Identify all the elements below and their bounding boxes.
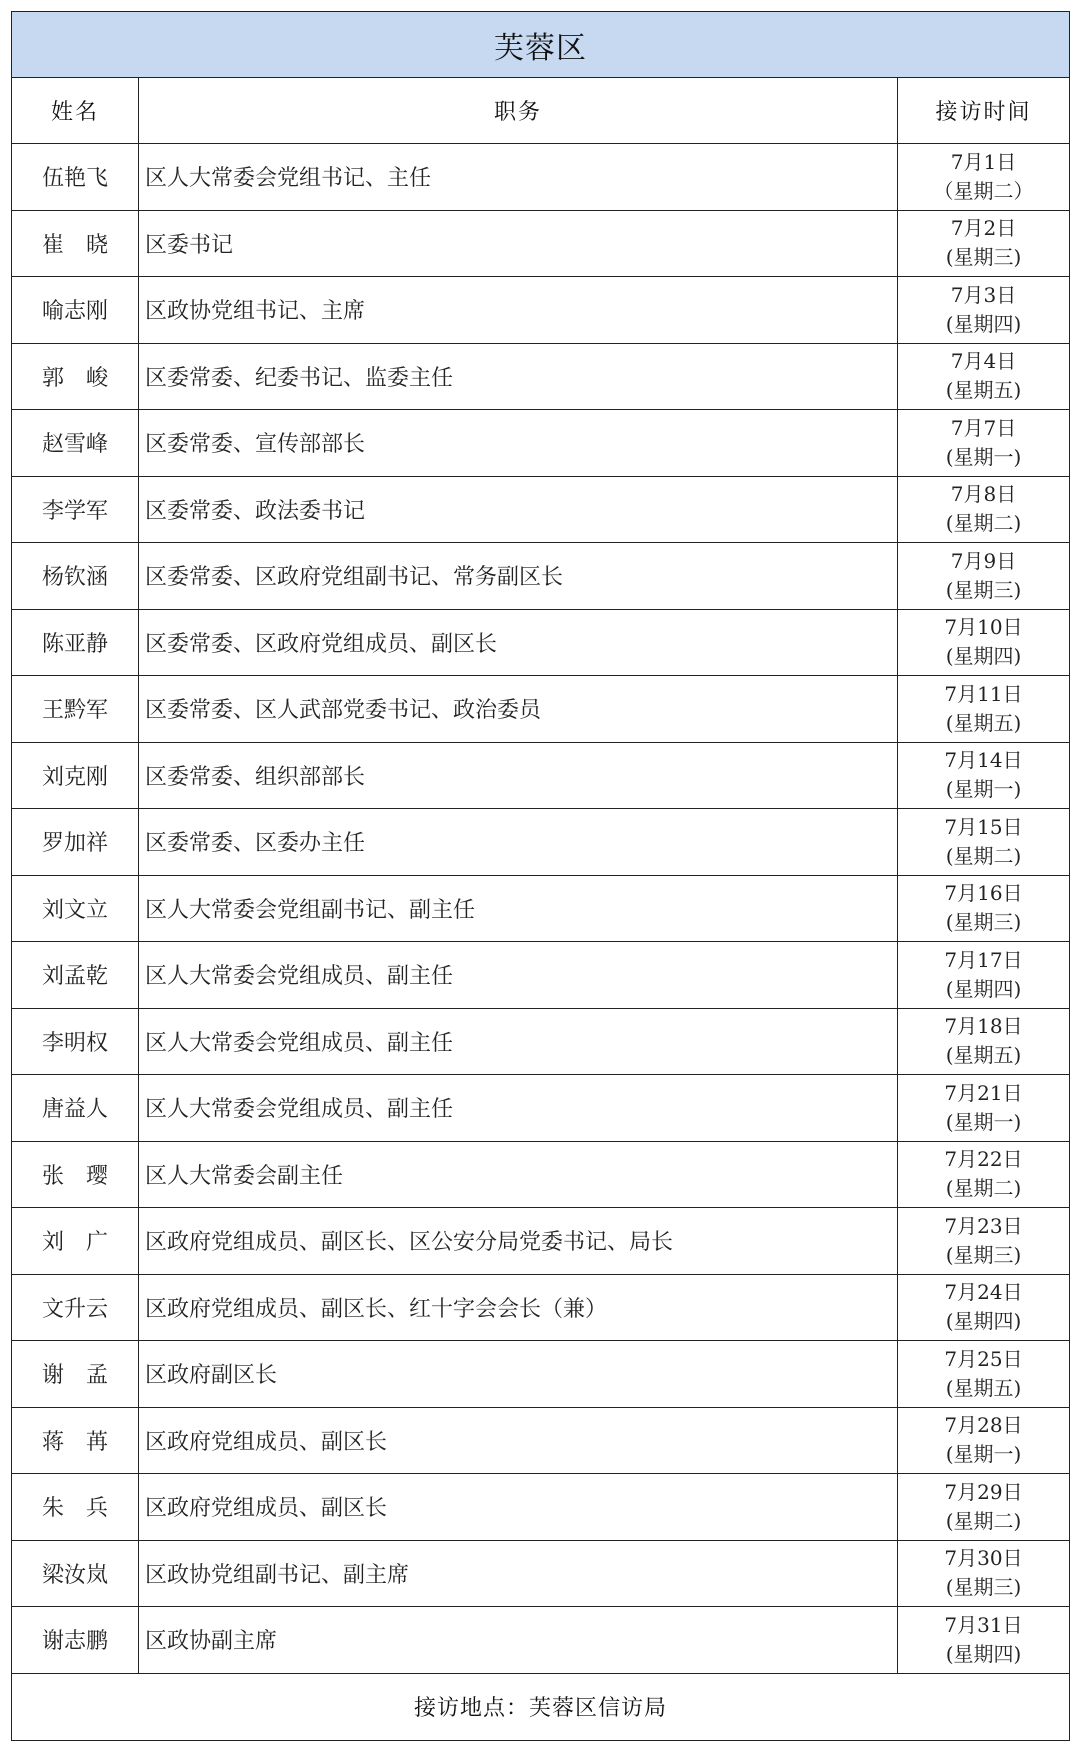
table-row: 刘 广 区政府党组成员、副区长、区公安分局党委书记、局长 7月23日 (星期三)	[12, 1208, 1070, 1275]
reception-time: 7月24日 (星期四)	[898, 1274, 1070, 1341]
table-row: 喻志刚 区政协党组书记、主席 7月3日 (星期四)	[12, 277, 1070, 344]
reception-time: 7月28日 (星期一)	[898, 1407, 1070, 1474]
reception-time: 7月21日 (星期一)	[898, 1075, 1070, 1142]
reception-weekday: (星期五)	[898, 1374, 1069, 1403]
reception-time: 7月10日 (星期四)	[898, 609, 1070, 676]
reception-time: 7月3日 (星期四)	[898, 277, 1070, 344]
official-position: 区人大常委会党组副书记、副主任	[139, 875, 898, 942]
official-name: 唐益人	[12, 1075, 139, 1142]
official-position: 区委常委、区人武部党委书记、政治委员	[139, 676, 898, 743]
reception-time: 7月7日 (星期一)	[898, 410, 1070, 477]
reception-date: 7月7日	[898, 414, 1069, 443]
reception-weekday: (星期三)	[898, 1573, 1069, 1602]
reception-weekday: (星期一)	[898, 1440, 1069, 1469]
reception-weekday: (星期二)	[898, 1174, 1069, 1203]
official-position: 区委常委、宣传部部长	[139, 410, 898, 477]
reception-date: 7月4日	[898, 347, 1069, 376]
column-header-name: 姓名	[12, 78, 139, 144]
official-name: 喻志刚	[12, 277, 139, 344]
reception-weekday: (星期一)	[898, 443, 1069, 472]
official-position: 区政府党组成员、副区长、区公安分局党委书记、局长	[139, 1208, 898, 1275]
reception-time: 7月14日 (星期一)	[898, 742, 1070, 809]
reception-weekday: (星期三)	[898, 1241, 1069, 1270]
official-position: 区委常委、纪委书记、监委主任	[139, 343, 898, 410]
table-row: 梁汝岚 区政协党组副书记、副主席 7月30日 (星期三)	[12, 1540, 1070, 1607]
reception-date: 7月22日	[898, 1145, 1069, 1174]
table-row: 杨钦涵 区委常委、区政府党组副书记、常务副区长 7月9日 (星期三)	[12, 543, 1070, 610]
table-row: 陈亚静 区委常委、区政府党组成员、副区长 7月10日 (星期四)	[12, 609, 1070, 676]
official-position: 区委常委、政法委书记	[139, 476, 898, 543]
official-position: 区政府副区长	[139, 1341, 898, 1408]
official-name: 陈亚静	[12, 609, 139, 676]
reception-time: 7月9日 (星期三)	[898, 543, 1070, 610]
official-name: 李明权	[12, 1008, 139, 1075]
table-row: 罗加祥 区委常委、区委办主任 7月15日 (星期二)	[12, 809, 1070, 876]
reception-date: 7月3日	[898, 281, 1069, 310]
reception-time: 7月29日 (星期二)	[898, 1474, 1070, 1541]
reception-time: 7月31日 (星期四)	[898, 1607, 1070, 1674]
official-name: 杨钦涵	[12, 543, 139, 610]
reception-weekday: (星期四)	[898, 1640, 1069, 1669]
table-row: 刘孟乾 区人大常委会党组成员、副主任 7月17日 (星期四)	[12, 942, 1070, 1009]
reception-weekday: (星期一)	[898, 1108, 1069, 1137]
table-row: 赵雪峰 区委常委、宣传部部长 7月7日 (星期一)	[12, 410, 1070, 477]
official-name: 刘孟乾	[12, 942, 139, 1009]
official-name: 梁汝岚	[12, 1540, 139, 1607]
official-position: 区政协副主席	[139, 1607, 898, 1674]
reception-weekday: (星期二)	[898, 509, 1069, 538]
column-header-post: 职务	[139, 78, 898, 144]
reception-weekday: (星期五)	[898, 709, 1069, 738]
column-header-time: 接访时间	[898, 78, 1070, 144]
official-name: 张 璎	[12, 1141, 139, 1208]
reception-weekday: (星期一)	[898, 775, 1069, 804]
reception-schedule-table: 芙蓉区 姓名 职务 接访时间 伍艳飞 区人大常委会党组书记、主任 7月1日 （星…	[11, 11, 1070, 1741]
table-row: 张 璎 区人大常委会副主任 7月22日 (星期二)	[12, 1141, 1070, 1208]
official-name: 郭 峻	[12, 343, 139, 410]
table-row: 谢志鹏 区政协副主席 7月31日 (星期四)	[12, 1607, 1070, 1674]
official-name: 李学军	[12, 476, 139, 543]
reception-time: 7月11日 (星期五)	[898, 676, 1070, 743]
table-row: 刘克刚 区委常委、组织部部长 7月14日 (星期一)	[12, 742, 1070, 809]
official-position: 区政府党组成员、副区长、红十字会会长（兼）	[139, 1274, 898, 1341]
official-name: 文升云	[12, 1274, 139, 1341]
official-position: 区委常委、组织部部长	[139, 742, 898, 809]
reception-time: 7月18日 (星期五)	[898, 1008, 1070, 1075]
reception-weekday: (星期二)	[898, 1507, 1069, 1536]
reception-weekday: (星期四)	[898, 310, 1069, 339]
official-position: 区政协党组副书记、副主席	[139, 1540, 898, 1607]
official-name: 王黔军	[12, 676, 139, 743]
official-name: 谢志鹏	[12, 1607, 139, 1674]
official-name: 赵雪峰	[12, 410, 139, 477]
official-name: 刘 广	[12, 1208, 139, 1275]
reception-location: 接访地点：芙蓉区信访局	[12, 1673, 1070, 1740]
table-row: 蒋 苒 区政府党组成员、副区长 7月28日 (星期一)	[12, 1407, 1070, 1474]
reception-time: 7月22日 (星期二)	[898, 1141, 1070, 1208]
reception-date: 7月11日	[898, 680, 1069, 709]
footer-row: 接访地点：芙蓉区信访局	[12, 1673, 1070, 1740]
official-position: 区人大常委会党组书记、主任	[139, 144, 898, 211]
reception-date: 7月29日	[898, 1478, 1069, 1507]
table-row: 李学军 区委常委、政法委书记 7月8日 (星期二)	[12, 476, 1070, 543]
reception-time: 7月4日 (星期五)	[898, 343, 1070, 410]
reception-time: 7月17日 (星期四)	[898, 942, 1070, 1009]
reception-date: 7月15日	[898, 813, 1069, 842]
official-name: 刘文立	[12, 875, 139, 942]
table-row: 文升云 区政府党组成员、副区长、红十字会会长（兼） 7月24日 (星期四)	[12, 1274, 1070, 1341]
official-name: 刘克刚	[12, 742, 139, 809]
reception-time: 7月1日 （星期二）	[898, 144, 1070, 211]
table-row: 朱 兵 区政府党组成员、副区长 7月29日 (星期二)	[12, 1474, 1070, 1541]
official-position: 区人大常委会副主任	[139, 1141, 898, 1208]
reception-date: 7月24日	[898, 1278, 1069, 1307]
reception-time: 7月2日 (星期三)	[898, 210, 1070, 277]
table-row: 刘文立 区人大常委会党组副书记、副主任 7月16日 (星期三)	[12, 875, 1070, 942]
reception-weekday: (星期四)	[898, 642, 1069, 671]
reception-time: 7月25日 (星期五)	[898, 1341, 1070, 1408]
reception-date: 7月31日	[898, 1611, 1069, 1640]
official-position: 区政府党组成员、副区长	[139, 1474, 898, 1541]
reception-weekday: (星期三)	[898, 908, 1069, 937]
table-row: 王黔军 区委常委、区人武部党委书记、政治委员 7月11日 (星期五)	[12, 676, 1070, 743]
reception-date: 7月9日	[898, 547, 1069, 576]
table-row: 唐益人 区人大常委会党组成员、副主任 7月21日 (星期一)	[12, 1075, 1070, 1142]
official-name: 蒋 苒	[12, 1407, 139, 1474]
reception-date: 7月28日	[898, 1411, 1069, 1440]
table-body: 伍艳飞 区人大常委会党组书记、主任 7月1日 （星期二） 崔 晓 区委书记 7月…	[12, 144, 1070, 1674]
official-position: 区委常委、区政府党组副书记、常务副区长	[139, 543, 898, 610]
reception-date: 7月2日	[898, 214, 1069, 243]
reception-date: 7月17日	[898, 946, 1069, 975]
table-row: 李明权 区人大常委会党组成员、副主任 7月18日 (星期五)	[12, 1008, 1070, 1075]
reception-weekday: (星期二)	[898, 842, 1069, 871]
reception-date: 7月25日	[898, 1345, 1069, 1374]
official-position: 区人大常委会党组成员、副主任	[139, 1075, 898, 1142]
reception-date: 7月14日	[898, 746, 1069, 775]
reception-weekday: (星期四)	[898, 1307, 1069, 1336]
official-position: 区委常委、区委办主任	[139, 809, 898, 876]
reception-date: 7月21日	[898, 1079, 1069, 1108]
title-row: 芙蓉区	[12, 12, 1070, 78]
reception-date: 7月30日	[898, 1544, 1069, 1573]
reception-date: 7月23日	[898, 1212, 1069, 1241]
reception-time: 7月15日 (星期二)	[898, 809, 1070, 876]
table-title: 芙蓉区	[12, 12, 1070, 78]
table-row: 郭 峻 区委常委、纪委书记、监委主任 7月4日 (星期五)	[12, 343, 1070, 410]
reception-weekday: (星期三)	[898, 576, 1069, 605]
official-position: 区委书记	[139, 210, 898, 277]
reception-date: 7月8日	[898, 480, 1069, 509]
official-name: 罗加祥	[12, 809, 139, 876]
reception-time: 7月30日 (星期三)	[898, 1540, 1070, 1607]
reception-time: 7月8日 (星期二)	[898, 476, 1070, 543]
reception-weekday: (星期五)	[898, 1041, 1069, 1070]
table-row: 谢 孟 区政府副区长 7月25日 (星期五)	[12, 1341, 1070, 1408]
table-row: 崔 晓 区委书记 7月2日 (星期三)	[12, 210, 1070, 277]
table-row: 伍艳飞 区人大常委会党组书记、主任 7月1日 （星期二）	[12, 144, 1070, 211]
reception-weekday: (星期五)	[898, 376, 1069, 405]
official-name: 谢 孟	[12, 1341, 139, 1408]
reception-weekday: (星期四)	[898, 975, 1069, 1004]
official-name: 崔 晓	[12, 210, 139, 277]
official-position: 区政府党组成员、副区长	[139, 1407, 898, 1474]
official-position: 区人大常委会党组成员、副主任	[139, 942, 898, 1009]
reception-weekday: (星期三)	[898, 243, 1069, 272]
reception-time: 7月16日 (星期三)	[898, 875, 1070, 942]
reception-date: 7月16日	[898, 879, 1069, 908]
official-position: 区政协党组书记、主席	[139, 277, 898, 344]
reception-time: 7月23日 (星期三)	[898, 1208, 1070, 1275]
reception-weekday: （星期二）	[898, 177, 1069, 206]
header-row: 姓名 职务 接访时间	[12, 78, 1070, 144]
official-position: 区委常委、区政府党组成员、副区长	[139, 609, 898, 676]
reception-date: 7月10日	[898, 613, 1069, 642]
official-name: 伍艳飞	[12, 144, 139, 211]
official-position: 区人大常委会党组成员、副主任	[139, 1008, 898, 1075]
official-name: 朱 兵	[12, 1474, 139, 1541]
reception-date: 7月1日	[898, 148, 1069, 177]
reception-date: 7月18日	[898, 1012, 1069, 1041]
